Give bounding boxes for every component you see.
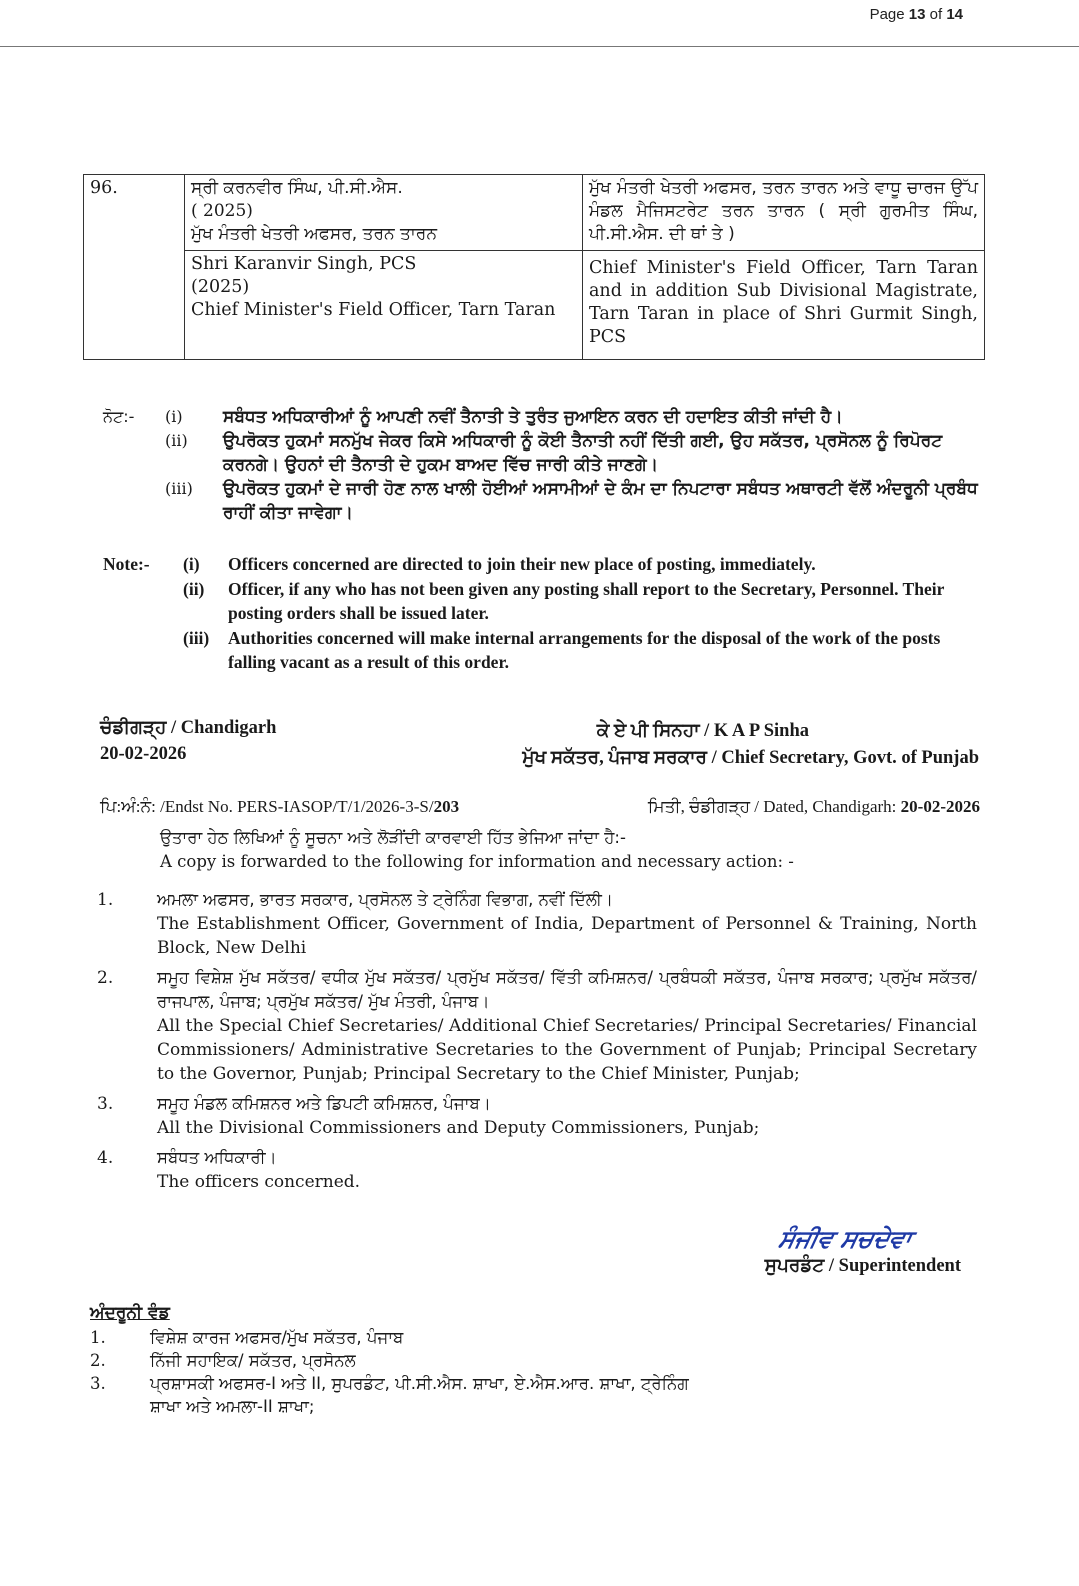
list-text: ਨਿੱਜੀ ਸਹਾਇਕ/ ਸਕੱਤਰ, ਪ੍ਰਸੋਨਲ <box>150 1349 356 1372</box>
dated-label: ਮਿਤੀ, ਚੰਡੀਗੜ੍ਹ / Dated, Chandigarh: <box>648 797 901 816</box>
recipient-punjabi: ਸਮੂਹ ਵਿਸ਼ੇਸ਼ ਮੁੱਖ ਸਕੱਤਰ/ ਵਧੀਕ ਮੁੱਖ ਸਕੱਤਰ… <box>157 966 977 1014</box>
list-body: ਸਮੂਹ ਵਿਸ਼ੇਸ਼ ਮੁੱਖ ਸਕੱਤਰ/ ਵਧੀਕ ਮੁੱਖ ਸਕੱਤਰ… <box>157 966 977 1086</box>
note-text: ਸਬੰਧਤ ਅਧਿਕਾਰੀਆਂ ਨੂੰ ਆਪਣੀ ਨਵੀਂ ਤੈਨਾਤੀ ਤੇ … <box>223 405 983 429</box>
table-row: Shri Karanvir Singh, PCS (2025) Chief Mi… <box>84 251 985 360</box>
list-item: 3. ਸਮੂਹ ਮੰਡਲ ਕਮਿਸ਼ਨਰ ਅਤੇ ਡਿਪਟੀ ਕਮਿਸ਼ਨਰ, … <box>97 1092 977 1140</box>
forwarding-note: ਉਤਾਰਾ ਹੇਠ ਲਿਖਿਆਂ ਨੂੰ ਸੂਚਨਾ ਅਤੇ ਲੋੜੀਂਦੀ ਕ… <box>160 826 980 874</box>
signatory-block: ਕੇ ਏ ਪੀ ਸਿਨਹਾ / K A P Sinha ਮੁੱਖ ਸਕੱਤਰ, … <box>522 718 979 772</box>
note-number: (i) <box>183 552 228 577</box>
signatory-name: ਕੇ ਏ ਪੀ ਸਿਨਹਾ / K A P Sinha <box>522 718 809 745</box>
list-item: 2. ਨਿੱਜੀ ਸਹਾਇਕ/ ਸਕੱਤਰ, ਪ੍ਰਸੋਨਲ <box>90 1349 690 1372</box>
page-number: Page 13 of 14 <box>870 6 963 23</box>
recipient-english: The Establishment Officer, Government of… <box>157 912 977 960</box>
list-body: ਸਬੰਧਤ ਅਧਿਕਾਰੀ। The officers concerned. <box>157 1146 977 1194</box>
list-body: ਸਮੂਹ ਮੰਡਲ ਕਮਿਸ਼ਨਰ ਅਤੇ ਡਿਪਟੀ ਕਮਿਸ਼ਨਰ, ਪੰਜ… <box>157 1092 977 1140</box>
list-number: 1. <box>90 1326 150 1349</box>
name-line: Shri Karanvir Singh, PCS <box>191 253 576 276</box>
internal-distribution-title: ਅੰਦਰੂਨੀ ਵੰਡ <box>90 1300 690 1326</box>
forwarding-text-english: A copy is forwarded to the following for… <box>160 850 980 874</box>
note-item: Note:- (i) Officers concerned are direct… <box>103 552 983 577</box>
internal-distribution: ਅੰਦਰੂਨੀ ਵੰਡ 1. ਵਿਸ਼ੇਸ਼ ਕਾਰਜ ਅਫਸਰ/ਮੁੱਖ ਸਕ… <box>90 1300 690 1418</box>
recipient-english: All the Special Chief Secretaries/ Addit… <box>157 1014 977 1086</box>
recipient-punjabi: ਸਮੂਹ ਮੰਡਲ ਕਮਿਸ਼ਨਰ ਅਤੇ ਡਿਪਟੀ ਕਮਿਸ਼ਨਰ, ਪੰਜ… <box>157 1092 977 1116</box>
note-item: (iii) Authorities concerned will make in… <box>103 626 983 675</box>
current-post-line: ਮੁੱਖ ਮੰਤਰੀ ਖੇਤਰੀ ਅਫਸਰ, ਤਰਨ ਤਾਰਨ <box>191 223 576 246</box>
list-item: 2. ਸਮੂਹ ਵਿਸ਼ੇਸ਼ ਮੁੱਖ ਸਕੱਤਰ/ ਵਧੀਕ ਮੁੱਖ ਸਕ… <box>97 966 977 1086</box>
list-number: 2. <box>90 1349 150 1372</box>
list-number: 2. <box>97 966 157 1086</box>
superintendent-block: ਸੰਜੀਵ ਸਚਦੇਵਾ ਸੁਪਰਡੰਟ / Superintendent <box>765 1225 961 1277</box>
note-text: Authorities concerned will make internal… <box>228 626 983 675</box>
officer-name-punjabi: ਸ੍ਰੀ ਕਰਨਵੀਰ ਸਿੰਘ, ਪੀ.ਸੀ.ਐਸ. ( 2025) ਮੁੱਖ… <box>185 175 583 251</box>
note-item: ਨੋਟ:- (i) ਸਬੰਧਤ ਅਧਿਕਾਰੀਆਂ ਨੂੰ ਆਪਣੀ ਨਵੀਂ … <box>103 405 983 429</box>
superintendent-title: ਸੁਪਰਡੰਟ / Superintendent <box>765 1255 961 1277</box>
endorsement-number-suffix: 203 <box>434 797 460 816</box>
note-label: ਨੋਟ:- <box>103 405 165 429</box>
list-text: ਪ੍ਰਸ਼ਾਸਕੀ ਅਫਸਰ-I ਅਤੇ II, ਸੁਪਰਡੰਟ, ਪੀ.ਸੀ.… <box>150 1372 690 1418</box>
header-divider <box>0 46 1079 47</box>
recipient-punjabi: ਸਬੰਧਤ ਅਧਿਕਾਰੀ। <box>157 1146 977 1170</box>
dated-value: 20-02-2026 <box>901 797 980 816</box>
notes-punjabi: ਨੋਟ:- (i) ਸਬੰਧਤ ਅਧਿਕਾਰੀਆਂ ਨੂੰ ਆਪਣੀ ਨਵੀਂ … <box>103 405 983 525</box>
recipient-punjabi: ਅਮਲਾ ਅਫਸਰ, ਭਾਰਤ ਸਰਕਾਰ, ਪ੍ਰਸੋਨਲ ਤੇ ਟ੍ਰੇਨਿ… <box>157 888 977 912</box>
list-number: 3. <box>97 1092 157 1140</box>
list-number: 1. <box>97 888 157 960</box>
new-posting-punjabi: ਮੁੱਖ ਮੰਤਰੀ ਖੇਤਰੀ ਅਫਸਰ, ਤਰਨ ਤਾਰਨ ਅਤੇ ਵਾਧੂ… <box>583 175 985 251</box>
current-post-line: Chief Minister's Field Officer, Tarn Tar… <box>191 299 576 322</box>
note-label-spacer <box>103 577 183 626</box>
note-number: (iii) <box>183 626 228 675</box>
serial-number: 96. <box>84 175 185 360</box>
list-item: 4. ਸਬੰਧਤ ਅਧਿਕਾਰੀ। The officers concerned… <box>97 1146 977 1194</box>
list-text: ਵਿਸ਼ੇਸ਼ ਕਾਰਜ ਅਫਸਰ/ਮੁੱਖ ਸਕੱਤਰ, ਪੰਜਾਬ <box>150 1326 403 1349</box>
note-text: Officers concerned are directed to join … <box>228 552 983 577</box>
note-number: (ii) <box>165 429 223 477</box>
batch-line: (2025) <box>191 276 576 299</box>
forwarding-text-punjabi: ਉਤਾਰਾ ਹੇਠ ਲਿਖਿਆਂ ਨੂੰ ਸੂਚਨਾ ਅਤੇ ਲੋੜੀਂਦੀ ਕ… <box>160 826 980 850</box>
endorsement-line: ਪਿ:ਅੰ:ਨੰ: /Endst No. PERS-IASOP/T/1/2026… <box>100 797 980 817</box>
list-item: 3. ਪ੍ਰਸ਼ਾਸਕੀ ਅਫਸਰ-I ਅਤੇ II, ਸੁਪਰਡੰਟ, ਪੀ.… <box>90 1372 690 1418</box>
note-label-spacer <box>103 429 165 477</box>
page-header: Page 13 of 14 <box>0 0 1079 48</box>
list-number: 3. <box>90 1372 150 1418</box>
batch-line: ( 2025) <box>191 200 576 223</box>
posting-order-table: 96. ਸ੍ਰੀ ਕਰਨਵੀਰ ਸਿੰਘ, ਪੀ.ਸੀ.ਐਸ. ( 2025) … <box>83 174 985 360</box>
note-number: (ii) <box>183 577 228 626</box>
note-label-spacer <box>103 626 183 675</box>
note-item: (ii) ਉਪਰੋਕਤ ਹੁਕਮਾਂ ਸਨਮੁੱਖ ਜੇਕਰ ਕਿਸੇ ਅਧਿਕ… <box>103 429 983 477</box>
note-item: (ii) Officer, if any who has not been gi… <box>103 577 983 626</box>
list-number: 4. <box>97 1146 157 1194</box>
recipient-english: The officers concerned. <box>157 1170 977 1194</box>
order-date: 20-02-2026 <box>100 741 276 767</box>
recipient-english: All the Divisional Commissioners and Dep… <box>157 1116 977 1140</box>
endorsement-date: ਮਿਤੀ, ਚੰਡੀਗੜ੍ਹ / Dated, Chandigarh: 20-0… <box>648 797 980 817</box>
place: ਚੰਡੀਗੜ੍ਹ / Chandigarh <box>100 715 276 741</box>
note-label-spacer <box>103 477 165 525</box>
name-line: ਸ੍ਰੀ ਕਰਨਵੀਰ ਸਿੰਘ, ਪੀ.ਸੀ.ਐਸ. <box>191 177 576 200</box>
endorsement-number: ਪਿ:ਅੰ:ਨੰ: /Endst No. PERS-IASOP/T/1/2026… <box>100 797 434 816</box>
signatory-designation: ਮੁੱਖ ਸਕੱਤਰ, ਪੰਜਾਬ ਸਰਕਾਰ / Chief Secretar… <box>522 745 979 772</box>
list-item: 1. ਅਮਲਾ ਅਫਸਰ, ਭਾਰਤ ਸਰਕਾਰ, ਪ੍ਰਸੋਨਲ ਤੇ ਟ੍ਰ… <box>97 888 977 960</box>
table-row: 96. ਸ੍ਰੀ ਕਰਨਵੀਰ ਸਿੰਘ, ਪੀ.ਸੀ.ਐਸ. ( 2025) … <box>84 175 985 251</box>
list-body: ਅਮਲਾ ਅਫਸਰ, ਭਾਰਤ ਸਰਕਾਰ, ਪ੍ਰਸੋਨਲ ਤੇ ਟ੍ਰੇਨਿ… <box>157 888 977 960</box>
note-text: ਉਪਰੋਕਤ ਹੁਕਮਾਂ ਸਨਮੁੱਖ ਜੇਕਰ ਕਿਸੇ ਅਧਿਕਾਰੀ ਨ… <box>223 429 983 477</box>
list-item: 1. ਵਿਸ਼ੇਸ਼ ਕਾਰਜ ਅਫਸਰ/ਮੁੱਖ ਸਕੱਤਰ, ਪੰਜਾਬ <box>90 1326 690 1349</box>
handwritten-signature: ਸੰਜੀਵ ਸਚਦੇਵਾ <box>762 1225 914 1253</box>
note-text: Officer, if any who has not been given a… <box>228 577 983 626</box>
note-text: ਉਪਰੋਕਤ ਹੁਕਮਾਂ ਦੇ ਜਾਰੀ ਹੋਣ ਨਾਲ ਖਾਲੀ ਹੋਈਆਂ… <box>223 477 983 525</box>
note-number: (iii) <box>165 477 223 525</box>
notes-english: Note:- (i) Officers concerned are direct… <box>103 552 983 675</box>
officer-name-english: Shri Karanvir Singh, PCS (2025) Chief Mi… <box>185 251 583 360</box>
note-number: (i) <box>165 405 223 429</box>
copy-to-list: 1. ਅਮਲਾ ਅਫਸਰ, ਭਾਰਤ ਸਰਕਾਰ, ਪ੍ਰਸੋਨਲ ਤੇ ਟ੍ਰ… <box>97 888 977 1200</box>
place-and-date: ਚੰਡੀਗੜ੍ਹ / Chandigarh 20-02-2026 <box>100 715 276 767</box>
note-label: Note:- <box>103 552 183 577</box>
note-item: (iii) ਉਪਰੋਕਤ ਹੁਕਮਾਂ ਦੇ ਜਾਰੀ ਹੋਣ ਨਾਲ ਖਾਲੀ… <box>103 477 983 525</box>
new-posting-english: Chief Minister's Field Officer, Tarn Tar… <box>583 251 985 360</box>
